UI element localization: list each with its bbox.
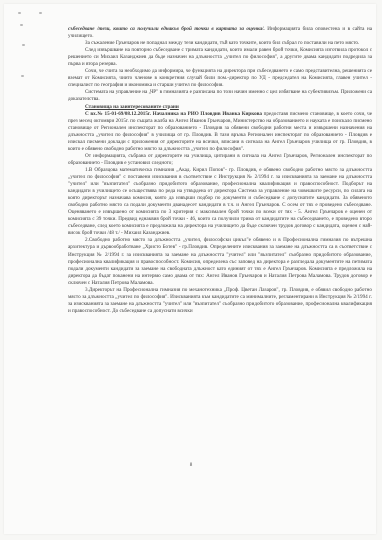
margin-mark bbox=[22, 44, 25, 46]
section-heading: Становища на заинтересованите страни bbox=[68, 104, 372, 111]
paragraph: С вх.№ 15-01-69/08.12.2015г. Началника н… bbox=[68, 111, 372, 153]
document-body: събеседване /тези, които са получили едн… bbox=[68, 26, 372, 315]
paragraph: Сочи, че счита за необходимо да информир… bbox=[68, 68, 372, 89]
numbered-paragraph-2: 2.Свободно работно място за длъжността „… bbox=[68, 237, 372, 286]
scanned-document: събеседване /тези, които са получили едн… bbox=[0, 0, 382, 540]
margin-mark bbox=[20, 24, 23, 26]
margin-mark bbox=[18, 12, 21, 14]
paragraph-text: предоставя писмено становище, в което со… bbox=[68, 111, 372, 152]
paragraph: Системата на управление на „ЧР" в гимназ… bbox=[68, 89, 372, 103]
margin-mark bbox=[21, 75, 24, 77]
numbered-paragraph-1: 1.В Образцова математическа гимназия „Ак… bbox=[68, 167, 372, 237]
paragraph: След извършване на повторно събеседване … bbox=[68, 47, 372, 68]
page-number: 8 bbox=[0, 463, 382, 468]
margin-mark bbox=[39, 12, 42, 14]
paragraph: От информацията, събрана от директорите … bbox=[68, 153, 372, 167]
numbered-paragraph-3: 3.Директорът на Професионална гимназия п… bbox=[68, 287, 372, 315]
reference-bold-text: С вх.№ 15-01-69/08.12.2015г. Началника н… bbox=[85, 111, 262, 117]
paragraph-continuation: събеседване /тези, които са получили едн… bbox=[68, 26, 372, 40]
emphasis-text: събеседване /тези, които са получили едн… bbox=[68, 26, 265, 32]
